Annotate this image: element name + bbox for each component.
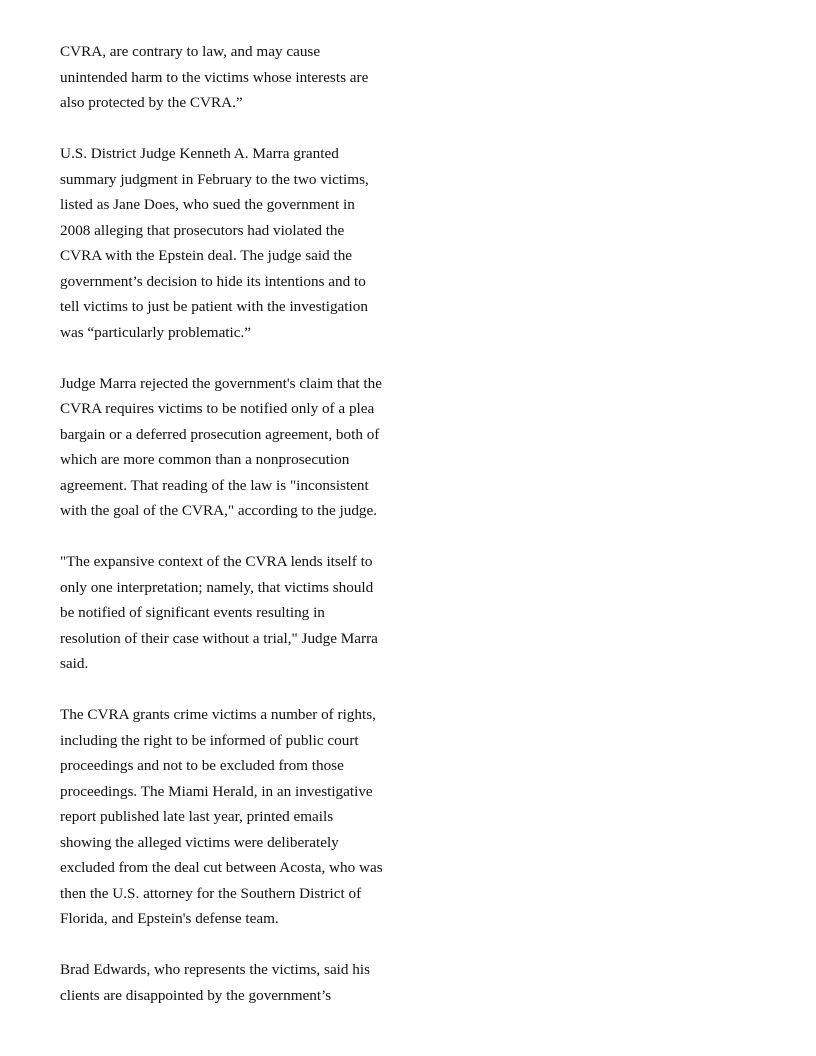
paragraph-3: Judge Marra rejected the government's cl…	[60, 371, 405, 524]
text-line: government’s decision to hide its intent…	[60, 269, 405, 295]
text-line: U.S. District Judge Kenneth A. Marra gra…	[60, 141, 405, 167]
text-line: bargain or a deferred prosecution agreem…	[60, 422, 405, 448]
text-line: listed as Jane Does, who sued the govern…	[60, 192, 405, 218]
text-line: showing the alleged victims were deliber…	[60, 830, 405, 856]
text-line: then the U.S. attorney for the Southern …	[60, 881, 405, 907]
text-line: clients are disappointed by the governme…	[60, 983, 405, 1009]
text-line: unintended harm to the victims whose int…	[60, 65, 405, 91]
text-line: be notified of significant events result…	[60, 600, 405, 626]
document-page: CVRA, are contrary to law, and may cause…	[60, 39, 405, 1034]
text-line: said.	[60, 651, 405, 677]
text-line: report published late last year, printed…	[60, 804, 405, 830]
text-line: The CVRA grants crime victims a number o…	[60, 702, 405, 728]
text-line: "The expansive context of the CVRA lends…	[60, 549, 405, 575]
text-line: including the right to be informed of pu…	[60, 728, 405, 754]
text-line: CVRA with the Epstein deal. The judge sa…	[60, 243, 405, 269]
text-line: Judge Marra rejected the government's cl…	[60, 371, 405, 397]
text-line: CVRA requires victims to be notified onl…	[60, 396, 405, 422]
paragraph-5: The CVRA grants crime victims a number o…	[60, 702, 405, 932]
paragraph-2: U.S. District Judge Kenneth A. Marra gra…	[60, 141, 405, 345]
text-line: tell victims to just be patient with the…	[60, 294, 405, 320]
text-line: which are more common than a nonprosecut…	[60, 447, 405, 473]
text-line: summary judgment in February to the two …	[60, 167, 405, 193]
paragraph-1: CVRA, are contrary to law, and may cause…	[60, 39, 405, 116]
text-line: was “particularly problematic.”	[60, 320, 405, 346]
text-line: Florida, and Epstein's defense team.	[60, 906, 405, 932]
text-line: agreement. That reading of the law is "i…	[60, 473, 405, 499]
text-line: also protected by the CVRA.”	[60, 90, 405, 116]
text-line: proceedings and not to be excluded from …	[60, 753, 405, 779]
text-line: with the goal of the CVRA," according to…	[60, 498, 405, 524]
text-line: resolution of their case without a trial…	[60, 626, 405, 652]
text-line: Brad Edwards, who represents the victims…	[60, 957, 405, 983]
paragraph-6: Brad Edwards, who represents the victims…	[60, 957, 405, 1008]
text-line: CVRA, are contrary to law, and may cause	[60, 39, 405, 65]
text-line: proceedings. The Miami Herald, in an inv…	[60, 779, 405, 805]
text-line: 2008 alleging that prosecutors had viola…	[60, 218, 405, 244]
text-line: excluded from the deal cut between Acost…	[60, 855, 405, 881]
text-line: only one interpretation; namely, that vi…	[60, 575, 405, 601]
paragraph-4: "The expansive context of the CVRA lends…	[60, 549, 405, 677]
